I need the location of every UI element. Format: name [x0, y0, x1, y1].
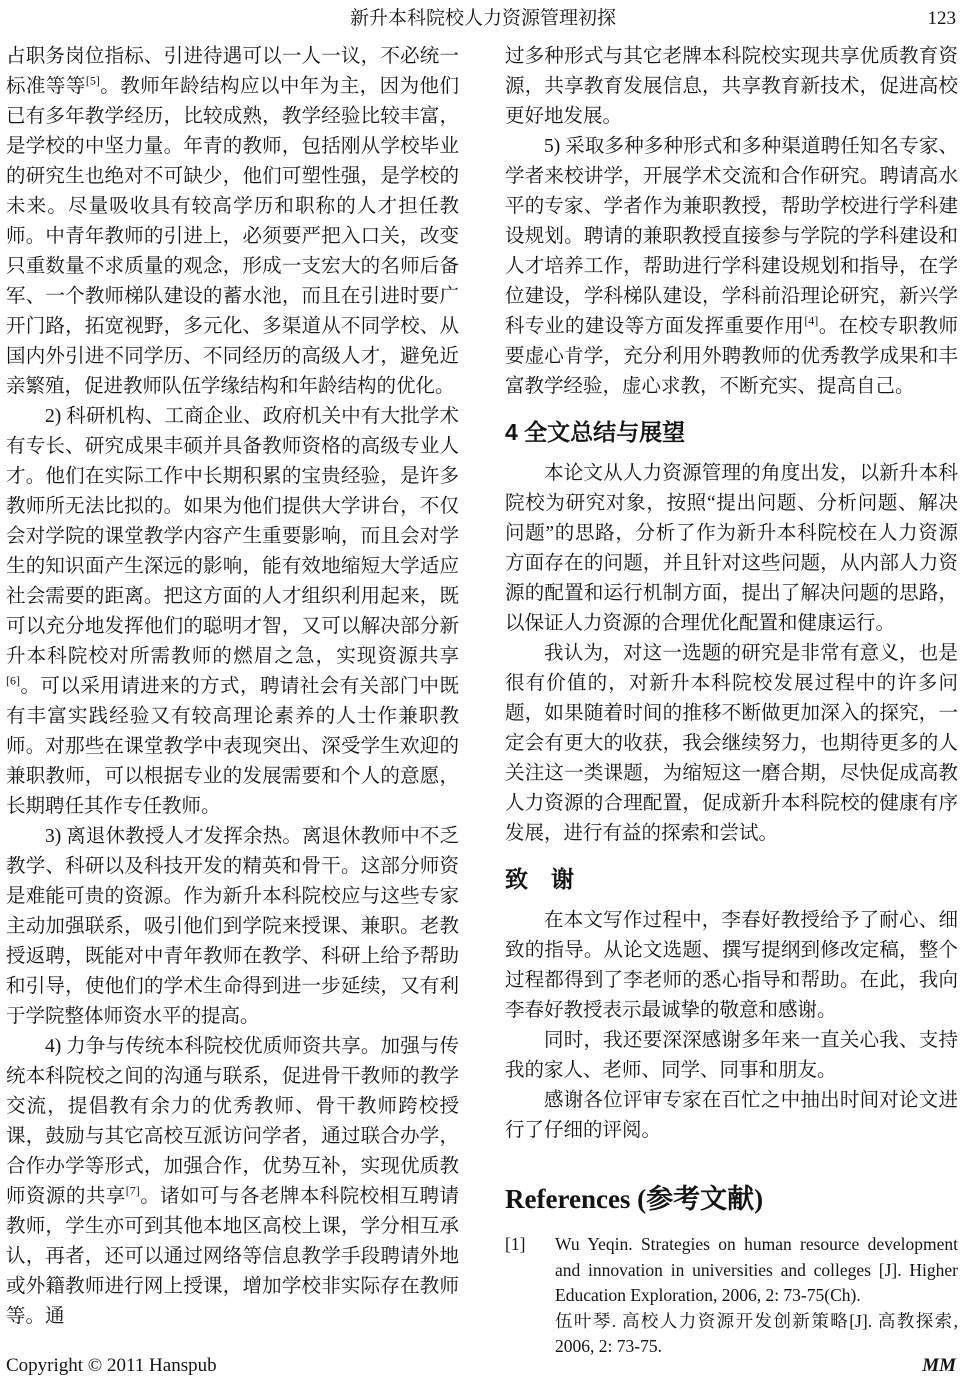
paragraph-intro-continuation: 占职务岗位指标、引进待遇可以一人一议，不必统一标准等等[5]。教师年龄结构应以中…	[6, 42, 459, 402]
running-title: 新升本科院校人力资源管理初探	[0, 6, 966, 32]
paragraph-text: 。教师年龄结构应以中年为主，因为他们已有多年教学经历，比较成熟，教学经验比较丰富…	[6, 76, 459, 397]
copyright-notice: Copyright © 2011 Hanspub	[6, 1354, 217, 1378]
reference-label: [1]	[505, 1232, 525, 1258]
reference-item-1: [1] Wu Yeqin. Strategies on human resour…	[505, 1232, 958, 1360]
paragraph-point-4: 4) 力争与传统本科院校优质师资共享。加强与传统本科院校之间的沟通与联系，促进骨…	[6, 1032, 459, 1332]
paragraph-text: 2) 科研机构、工商企业、政府机关中有大批学术有专长、研究成果丰硕并具备教师资格…	[6, 406, 459, 667]
ack-paragraph-3: 感谢各位评审专家在百忙之中抽出时间对论文进行了仔细的评阅。	[505, 1086, 958, 1146]
paragraph-text: 。可以采用请进来的方式，聘请社会有关部门中既有丰富实践经验又有较高理论素养的人士…	[6, 676, 459, 817]
section-heading-summary: 4 全文总结与展望	[505, 417, 958, 447]
reference-text-en: Wu Yeqin. Strategies on human resource d…	[555, 1232, 958, 1309]
citation-marker-6: [6]	[6, 674, 20, 688]
left-column: 占职务岗位指标、引进待遇可以一人一议，不必统一标准等等[5]。教师年龄结构应以中…	[6, 42, 459, 1360]
citation-marker-4: [4]	[804, 314, 818, 328]
paragraph-point-3: 3) 离退休教授人才发挥余热。离退休教师中不乏教学、科研以及科技开发的精英和骨干…	[6, 822, 459, 1032]
page-footer: Copyright © 2011 Hanspub MM	[6, 1354, 956, 1378]
right-column: 过多种形式与其它老牌本科院校实现共享优质教育资源，共享教育发展信息，共享教育新技…	[505, 42, 958, 1360]
summary-paragraph-2: 我认为，对这一选题的研究是非常有意义，也是很有价值的，对新升本科院校发展过程中的…	[505, 639, 958, 849]
journal-code: MM	[922, 1354, 956, 1378]
page-header: 新升本科院校人力资源管理初探 123	[0, 6, 966, 32]
paragraph-point-5: 5) 采取多种多种形式和多种渠道聘任知名专家、学者来校讲学，开展学术交流和合作研…	[505, 132, 958, 402]
page-number: 123	[928, 6, 957, 32]
paragraph-text: 5) 采取多种多种形式和多种渠道聘任知名专家、学者来校讲学，开展学术交流和合作研…	[505, 136, 958, 337]
two-column-body: 占职务岗位指标、引进待遇可以一人一议，不必统一标准等等[5]。教师年龄结构应以中…	[6, 42, 958, 1360]
references-heading: References (参考文献)	[505, 1182, 958, 1216]
section-heading-acknowledgements: 致 谢	[505, 864, 958, 894]
paragraph-text: 4) 力争与传统本科院校优质师资共享。加强与传统本科院校之间的沟通与联系，促进骨…	[6, 1036, 459, 1207]
paragraph-point-2: 2) 科研机构、工商企业、政府机关中有大批学术有专长、研究成果丰硕并具备教师资格…	[6, 402, 459, 822]
ack-paragraph-2: 同时，我还要深深感谢多年来一直关心我、支持我的家人、老师、同学、同事和朋友。	[505, 1026, 958, 1086]
summary-paragraph-1: 本论文从人力资源管理的角度出发，以新升本科院校为研究对象，按照“提出问题、分析问…	[505, 459, 958, 639]
reference-text-zh: 伍叶琴. 高校人力资源开发创新策略[J]. 高教探索, 2006, 2: 73-…	[555, 1309, 958, 1360]
citation-marker-7: [7]	[126, 1184, 140, 1198]
citation-marker-5: [5]	[86, 74, 100, 88]
ack-paragraph-1: 在本文写作过程中，李春好教授给予了耐心、细致的指导。从论文选题、撰写提纲到修改定…	[505, 906, 958, 1026]
paragraph-point-4-continuation: 过多种形式与其它老牌本科院校实现共享优质教育资源，共享教育发展信息，共享教育新技…	[505, 42, 958, 132]
paper-page: 新升本科院校人力资源管理初探 123 占职务岗位指标、引进待遇可以一人一议，不必…	[0, 0, 966, 1386]
paragraph-text: 。诸如可与各老牌本科院校相互聘请教师，学生亦可到其他本地区高校上课，学分相互承认…	[6, 1186, 459, 1327]
